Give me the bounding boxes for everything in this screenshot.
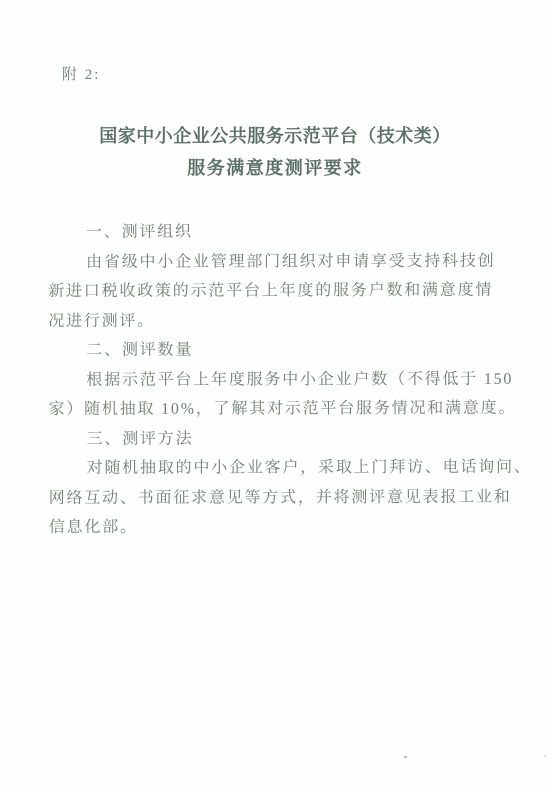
body-line: 由省级中小企业管理部门组织对申请享受支持科技创 bbox=[48, 246, 510, 277]
document-title-line1: 国家中小企业公共服务示范平台（技术类） bbox=[0, 120, 550, 152]
body-line: 二、测评数量 bbox=[48, 335, 510, 366]
body-line: 信息化部。 bbox=[49, 512, 511, 543]
scan-edge-artifact bbox=[544, 755, 546, 757]
body-line: 三、测评方法 bbox=[49, 423, 511, 454]
body-line: 况进行测评。 bbox=[48, 305, 510, 336]
body-line: 对随机抽取的中小企业客户，采取上门拜访、电话询问、 bbox=[49, 453, 511, 484]
body-line: 新进口税收政策的示范平台上年度的服务户数和满意度情 bbox=[48, 276, 510, 307]
body-line: 一、测评组织 bbox=[48, 217, 510, 248]
document-title: 国家中小企业公共服务示范平台（技术类） 服务满意度测评要求 bbox=[0, 120, 550, 184]
scan-speck-artifact bbox=[404, 756, 407, 758]
scanned-document-page: 附 2: 国家中小企业公共服务示范平台（技术类） 服务满意度测评要求 一、测评组… bbox=[0, 0, 550, 789]
body-line: 根据示范平台上年度服务中小企业户数（不得低于 150 bbox=[48, 364, 510, 395]
document-title-line2: 服务满意度测评要求 bbox=[0, 152, 550, 184]
body-line: 网络互动、书面征求意见等方式，并将测评意见表报工业和 bbox=[49, 482, 511, 513]
body-line: 家）随机抽取 10%，了解其对示范平台服务情况和满意度。 bbox=[48, 394, 510, 425]
attachment-label: 附 2: bbox=[62, 60, 100, 90]
body-text: 一、测评组织由省级中小企业管理部门组织对申请享受支持科技创新进口税收政策的示范平… bbox=[48, 217, 511, 543]
